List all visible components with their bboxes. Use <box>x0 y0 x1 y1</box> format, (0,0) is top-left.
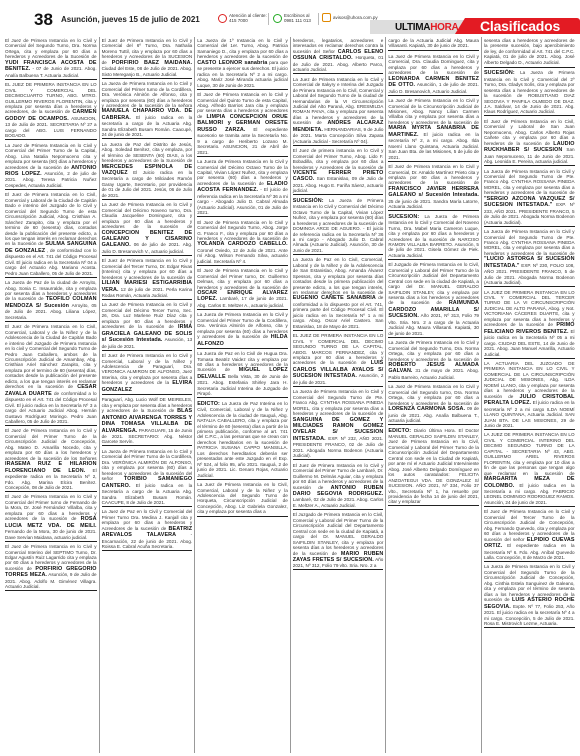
column-4: herederos, legatarios, acreedores e inte… <box>290 37 386 753</box>
notice-text: La Jueza de 1º Instancia en lo Civil y C… <box>197 38 288 59</box>
legal-notice: SUCESIÓN: La Jueza de Primera Instancia … <box>484 69 575 116</box>
notice-text: LA JUEZ DE PRIMERA INSTANCIA EN LO CIVIL… <box>484 432 575 475</box>
legal-notice: La Jueza de Paz de la ciudad de Arroyito… <box>5 279 97 322</box>
legal-notice: La Juez de Primera Instancia en lo Civil… <box>388 383 479 425</box>
deceased-name: LORENZA CARMONA SOSA. <box>388 406 465 412</box>
notice-text: La Juez de Primera Instancia en lo Civil… <box>388 98 479 125</box>
notice-text: La Jueza de Paz en lo Civil, Comercial, … <box>293 257 384 295</box>
logo-hora: HORA <box>430 22 458 33</box>
legal-notice: El Juez de primera instancia en lo Civil… <box>293 147 384 195</box>
ultimahora-logo: ULTIMAHORA <box>395 22 458 33</box>
legal-notice: La Jueza de Primera Instancia en lo Civi… <box>484 228 575 287</box>
legal-notice: sesenta días a herederos y acreedores de… <box>484 37 575 68</box>
legal-notice: La Juez de Primera Instancia en lo Civil… <box>102 201 193 256</box>
notice-text: 25 de junio de 2021. Sandra María Latorr… <box>388 199 479 209</box>
legal-notice: La Jueza de Primera Instancia en lo Civi… <box>102 448 193 507</box>
column-2: El Juez de Primera Instancia en lo Civil… <box>99 37 195 753</box>
legal-notice: La Juez de Primera Instancia en lo Civil… <box>388 53 479 96</box>
column-1: El Juez de Primera Instancia en lo Civil… <box>3 37 99 753</box>
legal-notice: cargo de la Actuaria Judicial Abg. Maura… <box>388 37 479 51</box>
classifieds-columns: El Juez de Primera Instancia en lo Civil… <box>3 37 577 753</box>
column-6: sesenta días a herederos y acreedores de… <box>481 37 577 753</box>
legal-notice: La Jueza de Primera Instancia en lo Civi… <box>388 339 479 382</box>
notice-text: El Juez de Primera Instancia en lo Civil… <box>5 324 97 389</box>
email-link[interactable]: avisos@uhora.com.py <box>333 15 378 20</box>
whatsapp-contact: Escribinos al0981 111 013 <box>273 13 311 23</box>
deceased-name: SUCESION: <box>388 214 419 220</box>
deceased-name: CASTO LEONOR sanabria <box>197 60 267 66</box>
legal-notice: EDICTO: La Jueza de Paz Interina en lo C… <box>197 400 288 480</box>
section-title: Clasificados <box>480 18 560 34</box>
notice-text: La Juez de Primera Instancia en lo Civil… <box>388 384 479 405</box>
notice-text: La Jueza de Primera Instancia en lo Civi… <box>388 214 479 258</box>
deceased-name: PORFIRIO BAEZ MAIDANA. <box>112 60 192 66</box>
notice-text: Lambaré, 02 de Julio de 2021. Abog. Carl… <box>293 497 384 507</box>
email-contact[interactable]: avisos@uhora.com.py <box>322 13 378 22</box>
legal-notice: LA JUEZ DE PRIMERA INSTANCIA EN LO CIVIL… <box>484 431 575 506</box>
deceased-name: IRASEMA RUIZ E HILARION FLORENCIANO DE L… <box>5 461 97 473</box>
deceased-name: FRANCISCO JAVIER HERRERA GALEANO s/ Suce… <box>388 186 479 198</box>
legal-notice: El Juzgado de Primera Instancia en lo Ci… <box>388 261 479 337</box>
notice-text: Diario Última Hora. El Doctor MANUEL GER… <box>388 428 479 505</box>
legal-notice: La Jueza de Primera Instancia en lo Civi… <box>197 158 288 217</box>
notice-text: La Jueza de Primera Instancia en lo Civi… <box>388 340 479 361</box>
legal-notice: La Jueza de 1º Instancia en lo Civil y C… <box>197 37 288 90</box>
legal-notice: EL JUEZ DE PRIMERA INSTANCIA EN LO CIVIL… <box>5 81 97 140</box>
notice-text: sesenta días a herederos y acreedores de… <box>484 38 575 65</box>
legal-notice: EL JUEZ DE PRIMERA INSTANCIA EN LO CIVIL… <box>293 332 384 387</box>
notice-text: El Juez de Primera Instancia en lo Civil… <box>5 192 97 246</box>
notice-text: La Jueza de Paz del Distrito de Jesús, A… <box>102 142 193 163</box>
legal-notice: El Juez de Primera Instancia en lo Civil… <box>5 37 97 80</box>
deceased-name: YOLANDA CARDOZO CABELLO. <box>197 241 288 247</box>
notice-text: El Juez de Primera Instancia en lo Civil… <box>5 38 97 59</box>
notice-text: El Juez de Primera Instancia en lo Civil… <box>102 258 193 279</box>
logo-ultima: ULTIMA <box>395 22 430 33</box>
deceased-name: EDICTO: <box>197 401 220 407</box>
notice-text: Coronel Oviedo, 12 de Julio de 2021. Ant… <box>197 248 288 264</box>
deceased-name: EUGENIO CAÑETE SANABRIA <box>293 295 376 301</box>
legal-notice: SUCESION: La Jueza de Primera Instancia … <box>388 213 479 260</box>
notice-text: La Juez de Primera Instancia en lo Civil… <box>102 202 193 229</box>
notice-text: El Juez de Primera Instancia en lo Civil… <box>5 428 97 460</box>
legal-notice: El Juez de Primera Instancia en lo Civil… <box>197 219 288 266</box>
deceased-name: SUCESIÓN: <box>293 198 324 204</box>
divider <box>268 13 269 25</box>
legal-notice: El Juez de Primera Instancia en lo Civil… <box>197 267 288 310</box>
notice-text: La Juez de Primera Instancia en lo Civil… <box>388 54 479 75</box>
column-3: La Jueza de 1º Instancia en lo Civil y C… <box>194 37 290 753</box>
legal-notice: La Juez de Primera Instancia en lo Civil… <box>388 97 479 161</box>
legal-notice: El Juez de Primera Instancia en lo Civil… <box>102 37 193 79</box>
whatsapp-icon <box>273 14 282 23</box>
legal-notice: LA JUEZ DE PRIMERA INSTANCIA EN LO CIVIL… <box>484 289 575 359</box>
legal-notice: herederos, legatarios, acreedores e inte… <box>293 37 384 74</box>
legal-notice: Paraguarí, Abg. Lucio Wolf DE MEIRELES, … <box>102 396 193 446</box>
legal-notice: La Juez de Primera Instancia en lo Civil… <box>102 301 193 350</box>
email-icon <box>322 13 331 22</box>
page-header: 38 Asunción, jueves 15 de julio de 2021 … <box>0 0 580 34</box>
legal-notice: El Juez de Primera Instancia en lo Civil… <box>484 508 575 562</box>
page-number: 38 <box>34 10 53 30</box>
notice-text: La Juez de Primera Instancia en lo Civil… <box>197 482 288 514</box>
notice-text: El Juez de Primera Instancia en lo Civil… <box>388 164 479 185</box>
notice-text: Ciudad del Este, 08 de Julio de 2021. Ab… <box>102 66 193 76</box>
legal-notice: El Juez de Primera Instancia en lo Civil… <box>293 462 384 510</box>
legal-notice: La Jueza de Paz en lo Civil de Hugua Dra… <box>197 350 288 398</box>
legal-notice: El Juez de Primera Instancia en lo Civil… <box>5 543 97 591</box>
notice-text: Fernando de la Mora, 30 de junio de 2021… <box>5 529 97 539</box>
customer-service-contact: Atención al cliente:415 7000 <box>218 13 267 23</box>
legal-notice: El Juzgado de Primera Instancia en lo Ci… <box>293 511 384 570</box>
notice-text: La Jueza de Primera Instancia en lo Civi… <box>484 169 575 196</box>
notice-text: La Juez de Primera Instancia en lo Civil… <box>293 77 384 126</box>
legal-notice: El Juez de Primera Instancia en lo Civil… <box>197 91 288 156</box>
legal-notice: LA ACTUARIA DEL JUZGADO DE PRIMERA INSTA… <box>484 360 575 430</box>
notice-text: El Juez de Primera Instancia en lo Civil… <box>197 220 288 241</box>
legal-notice: La Jueza de Primera Instancia en lo Civi… <box>197 311 288 348</box>
deceased-name: EDICTO: <box>388 428 411 434</box>
legal-notice: La Jueza de Primera Instancia en lo Civi… <box>484 563 575 627</box>
legal-notice: El Juez de Primera Instancia en lo Civil… <box>5 191 97 277</box>
legal-notice: La Juez de Primera Instancia en lo Civil… <box>197 481 288 517</box>
phone-icon <box>218 14 227 23</box>
notice-text: La Jueza de Paz Interina en lo Civil, Co… <box>197 401 288 478</box>
legal-notice: El Juez de Primera Instancia en lo Civil… <box>5 493 97 541</box>
legal-notice: El Juez de Primera Instancia en lo Civil… <box>388 163 479 211</box>
legal-notice: EDICTO: Diario Última Hora. El Doctor MA… <box>388 427 479 507</box>
legal-notice: El Juez de Primera Instancia en lo Civil… <box>484 118 575 166</box>
legal-notice: La Jueza de Primera Instancia en lo Civi… <box>484 168 575 227</box>
notice-text: La Jueza de Primera Instancia en lo Civi… <box>102 81 193 108</box>
notice-text: El Juez de primera instancia en lo Civil… <box>293 148 384 169</box>
legal-notice: La Jueza de Primera Instancia en lo Civi… <box>102 80 193 139</box>
page-date: Asunción, jueves 15 de julio de 2021 <box>61 15 200 24</box>
legal-notice: La Juez de Paz en lo Civil y Comercial d… <box>102 508 193 551</box>
deceased-name: SUCESIÓN: <box>484 70 515 76</box>
column-5: cargo de la Actuaria Judicial Abg. Maura… <box>385 37 481 753</box>
notice-text: El Juzgado de Primera Instancia en lo Ci… <box>293 512 384 555</box>
legal-notice: La Jueza de Paz del Distrito de Jesús, A… <box>102 141 193 200</box>
divider <box>318 13 319 25</box>
notice-text: La Jueza de Primera Instancia en lo Civi… <box>293 198 384 253</box>
notice-text: El Juzgado de Primera Instancia en lo Ci… <box>388 262 479 305</box>
notice-text: cargo de la Actuaria Judicial Abg. Maura… <box>388 38 479 48</box>
legal-notice: El Juez de Primera Instancia en lo Civil… <box>102 257 193 300</box>
legal-notice: La Juez de Primera Instancia en lo Civil… <box>5 142 97 190</box>
notice-text: La Jueza de Primera Instancia en lo Civi… <box>484 70 575 114</box>
legal-notice: El Juez de Primera Instancia en lo Civil… <box>5 323 97 426</box>
legal-notice: La Jueza de Primera Instancia en lo Civi… <box>293 388 384 460</box>
legal-notice: La Jueza de Paz en lo Civil, Comercial, … <box>293 256 384 330</box>
legal-notice: El Juez de Primera Instancia en lo Civil… <box>5 427 97 491</box>
notice-text: El Juez de Primera Instancia en lo Civil… <box>197 268 288 289</box>
legal-notice: La Juez de Primera Instancia en lo Civil… <box>293 76 384 146</box>
legal-notice: SUCESIÓN: La Jueza de Primera Instancia … <box>293 197 384 255</box>
contact-value: 415 7000 <box>229 18 267 23</box>
notice-text: La Jueza de Primera Instancia en lo Civi… <box>484 229 575 256</box>
notice-text: La Jueza de Primera Instancia en lo Civi… <box>293 389 384 416</box>
legal-notice: El Juez de Primera Instancia en lo Civil… <box>102 352 193 395</box>
contact-value: 0981 111 013 <box>284 18 311 23</box>
